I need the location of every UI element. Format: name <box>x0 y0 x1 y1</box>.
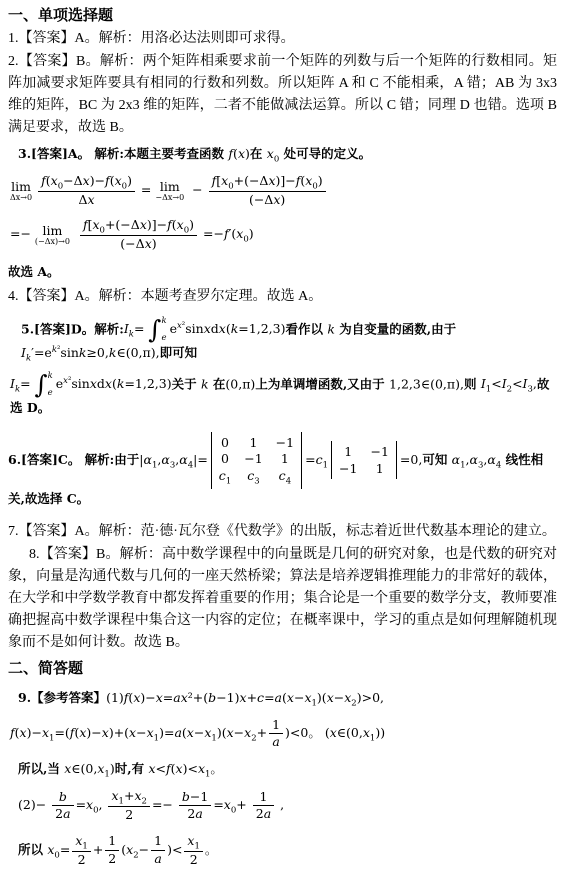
question-6-answer: 6.[答案]C。 解析:由于|α1,α3,α4|=01−10−11c1c3c4=… <box>8 432 557 509</box>
question-3-limit-formula-1: limΔx→0f(x0−Δx)−f(x0)Δx = lim−Δx→0 − f[x… <box>10 173 557 208</box>
section-2-title: 二、简答题 <box>8 658 557 679</box>
question-9-answer-line-5: 所以 x0=x12+12(x2−1a)<x12。 <box>18 833 557 868</box>
question-4-answer: 4.【答案】A。解析：本题考查罗尔定理。故选 A。 <box>8 286 557 308</box>
question-5-answer-line-1: 5.[答案]D。解析:Ik= ∫keex²sinxdx(k=1,2,3)看作以 … <box>21 317 557 363</box>
question-3-conclusion: 故选 A。 <box>8 262 557 282</box>
question-3-answer-header: 3.[答案]A。 解析:本题主要考查函数 f(x)在 x0 处可导的定义。 <box>18 144 557 164</box>
question-3-limit-formula-2: =− lim(−Δx)→0 f[x0+(−Δx)]−f(x0)(−Δx) =−f… <box>10 217 557 252</box>
question-5-answer-line-2: Ik= ∫keex²sinxdx(k=1,2,3)关于 k 在(0,π)上为单调… <box>10 372 557 418</box>
question-8-answer: 8.【答案】B。解析：高中数学课程中的向量既是几何的研究对象，也是代数的研究对象… <box>8 544 557 654</box>
question-9-answer-line-3: 所以,当 x∈(0,x1)时,有 x<f(x)<x1。 <box>18 759 557 779</box>
question-2-answer: 2.【答案】B。解析：两个矩阵相乘要求前一个矩阵的列数与后一个矩阵的行数相同。矩… <box>8 51 557 139</box>
answer-key-document: 一、单项选择题 1.【答案】A。解析：用洛必达法则即可求得。 2.【答案】B。解… <box>0 0 567 885</box>
question-9-answer-line-2: f(x)−x1=(f(x)−x)+(x−x1)=a(x−x1)(x−x2+1a)… <box>10 717 557 751</box>
question-1-answer: 1.【答案】A。解析：用洛必达法则即可求得。 <box>8 28 557 50</box>
question-7-answer: 7.【答案】A。解析：范·德·瓦尔登《代数学》的出版，标志着近世代数基本理论的建… <box>8 521 557 543</box>
question-9-answer-line-1: 9.【参考答案】(1)f(x)−x=ax²+(b−1)x+c=a(x−x1)(x… <box>18 688 557 708</box>
question-9-answer-line-4: (2)− b2a=x0, x1+x22=− b−12a=x0+ 12a , <box>18 788 557 823</box>
section-1-title: 一、单项选择题 <box>8 5 557 26</box>
